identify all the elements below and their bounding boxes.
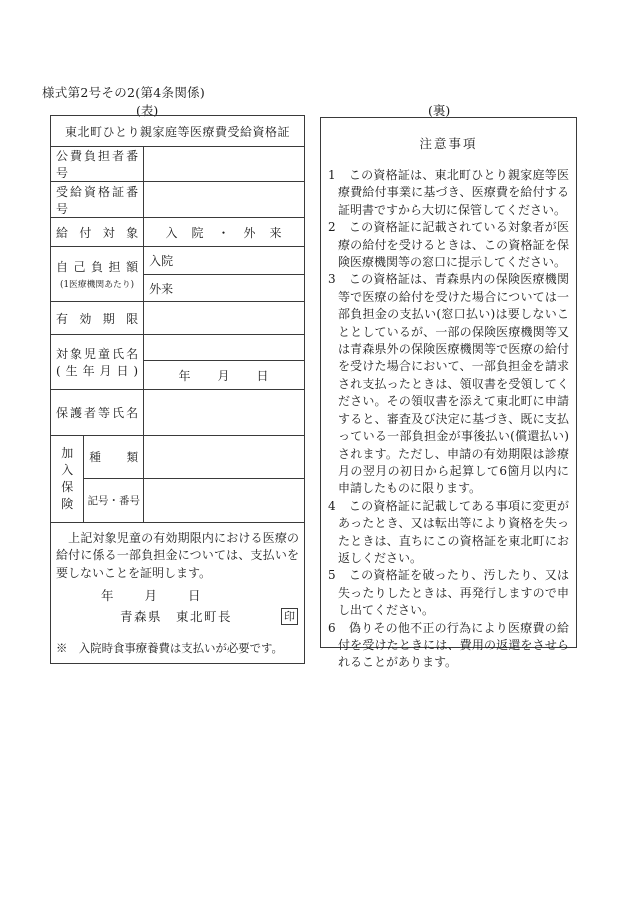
child-birth-value: 年 月 日 — [144, 361, 305, 390]
table-row: 上記対象児童の有効期限内における医療の給付に係る一部負担金については、支払いを要… — [51, 523, 305, 664]
insurance-label-char: 険 — [56, 496, 78, 513]
validity-label-text: 有効期限 — [56, 310, 138, 327]
copay-outpatient-label: 外来 — [149, 282, 173, 296]
child-birth-label-text: (生年月日) — [56, 362, 138, 379]
table-row: 対象児童氏名 (生年月日) — [51, 335, 305, 361]
notice-item-number: 1 — [328, 168, 336, 182]
notice-item: 2この資格証に記載されている対象者が医療の給付を受けるときは、この資格証を保険医… — [328, 219, 569, 271]
benefit-target-label: 給付対象 — [51, 218, 144, 247]
child-name-label: 対象児童氏名 (生年月日) — [51, 335, 144, 390]
table-row: 東北町ひとり親家庭等医療費受給資格証 — [51, 116, 305, 147]
notice-item: 3この資格証は、青森県内の保険医療機関等で医療の給付を受けた場合については一部負… — [328, 271, 569, 497]
insurance-label-char: 保 — [56, 479, 78, 496]
copay-inpatient-cell: 入院 — [144, 247, 305, 275]
child-name-value — [144, 335, 305, 361]
payer-number-value — [144, 147, 305, 182]
child-name-label-text: 対象児童氏名 — [56, 345, 138, 362]
guardian-label-text: 保護者等氏名 — [56, 404, 138, 421]
certify-statement: 上記対象児童の有効期限内における医療の給付に係る一部負担金については、支払いを要… — [56, 530, 299, 583]
insurance-type-label: 種類 — [84, 436, 144, 479]
certificate-number-value — [144, 182, 305, 218]
table-row: 保護者等氏名 — [51, 390, 305, 436]
notice-item-text: この資格証は、東北町ひとり親家庭等医療費給付事業に基づき、医療費を給付する証明書… — [338, 168, 569, 217]
copay-inpatient-label: 入院 — [149, 254, 173, 268]
notice-item-text: この資格証に記載してある事項に変更があったとき、又は転出等により資格を失ったとき… — [338, 499, 569, 565]
form-code-text: 様式第2号その2(第4条関係) — [42, 83, 205, 101]
insurance-number-label-text: 記号・番号 — [87, 495, 140, 507]
table-row: 公費負担者番号 — [51, 147, 305, 182]
notice-item-number: 4 — [328, 499, 336, 513]
table-row: 加 入 保 険 種類 — [51, 436, 305, 479]
issue-date-line: 年 月 日 — [56, 586, 299, 604]
insurance-label: 加 入 保 険 — [51, 436, 84, 523]
benefit-target-label-text: 給付対象 — [56, 224, 138, 241]
payer-number-label-text: 公費負担者番号 — [56, 147, 138, 181]
table-row: 自己負担額 (1医療機関あたり) 入院 — [51, 247, 305, 275]
table-row: 有効期限 — [51, 302, 305, 335]
notice-title: 注意事項 — [328, 134, 569, 152]
table-row: 記号・番号 — [51, 479, 305, 523]
issuer-line: 青森県 東北町長 印 — [56, 607, 299, 625]
insurance-type-value — [144, 436, 305, 479]
copay-label: 自己負担額 (1医療機関あたり) — [51, 247, 144, 302]
insurance-number-value — [144, 479, 305, 523]
insurance-label-char: 入 — [56, 462, 78, 479]
table-row: 給付対象 入 院 ・ 外 来 — [51, 218, 305, 247]
copay-sublabel-text: (1医療機関あたり) — [56, 277, 138, 290]
guardian-value — [144, 390, 305, 436]
insurance-number-label: 記号・番号 — [84, 479, 144, 523]
notice-item-number: 5 — [328, 568, 336, 582]
notice-item-number: 3 — [328, 272, 336, 286]
notice-item: 4この資格証に記載してある事項に変更があったとき、又は転出等により資格を失ったと… — [328, 498, 569, 568]
copay-outpatient-cell: 外来 — [144, 275, 305, 302]
front-certificate-table: 東北町ひとり親家庭等医療費受給資格証 公費負担者番号 受給資格証番号 給付対象 … — [50, 115, 305, 664]
certificate-footer: 上記対象児童の有効期限内における医療の給付に係る一部負担金については、支払いを要… — [51, 523, 305, 664]
insurance-type-label-text: 種類 — [89, 449, 138, 465]
certificate-number-label: 受給資格証番号 — [51, 182, 144, 218]
notice-item: 1この資格証は、東北町ひとり親家庭等医療費給付事業に基づき、医療費を給付する証明… — [328, 167, 569, 219]
benefit-target-value: 入 院 ・ 外 来 — [144, 218, 305, 247]
validity-value — [144, 302, 305, 335]
notice-item-text: この資格証は、青森県内の保険医療機関等で医療の給付を受けた場合については一部負担… — [338, 272, 569, 495]
notice-item: 6偽りその他不正の行為により医療費の給付を受けたときには、費用の返還をさせられる… — [328, 620, 569, 672]
seal-box: 印 — [281, 608, 298, 625]
table-row: 受給資格証番号 — [51, 182, 305, 218]
footnote: ※ 入院時食事療養費は支払いが必要です。 — [56, 640, 299, 656]
notice-box: 注意事項 1この資格証は、東北町ひとり親家庭等医療費給付事業に基づき、医療費を給… — [320, 117, 577, 648]
certificate-number-label-text: 受給資格証番号 — [56, 183, 138, 217]
issuer-name: 青森県 東北町長 — [120, 607, 232, 625]
guardian-label: 保護者等氏名 — [51, 390, 144, 436]
certificate-title: 東北町ひとり親家庭等医療費受給資格証 — [51, 116, 305, 147]
insurance-label-char: 加 — [56, 445, 78, 462]
notice-item-number: 2 — [328, 220, 336, 234]
notice-item-number: 6 — [328, 621, 336, 635]
notice-item-text: この資格証に記載されている対象者が医療の給付を受けるときは、この資格証を保険医療… — [338, 220, 569, 269]
notice-item-text: 偽りその他不正の行為により医療費の給付を受けたときには、費用の返還をさせられるこ… — [338, 621, 569, 670]
notice-item-text: この資格証を破ったり、汚したり、又は失ったりしたときは、再発行しますので申し出て… — [338, 568, 569, 617]
copay-label-text: 自己負担額 — [56, 258, 138, 275]
notice-item: 5この資格証を破ったり、汚したり、又は失ったりしたときは、再発行しますので申し出… — [328, 567, 569, 619]
validity-label: 有効期限 — [51, 302, 144, 335]
payer-number-label: 公費負担者番号 — [51, 147, 144, 182]
